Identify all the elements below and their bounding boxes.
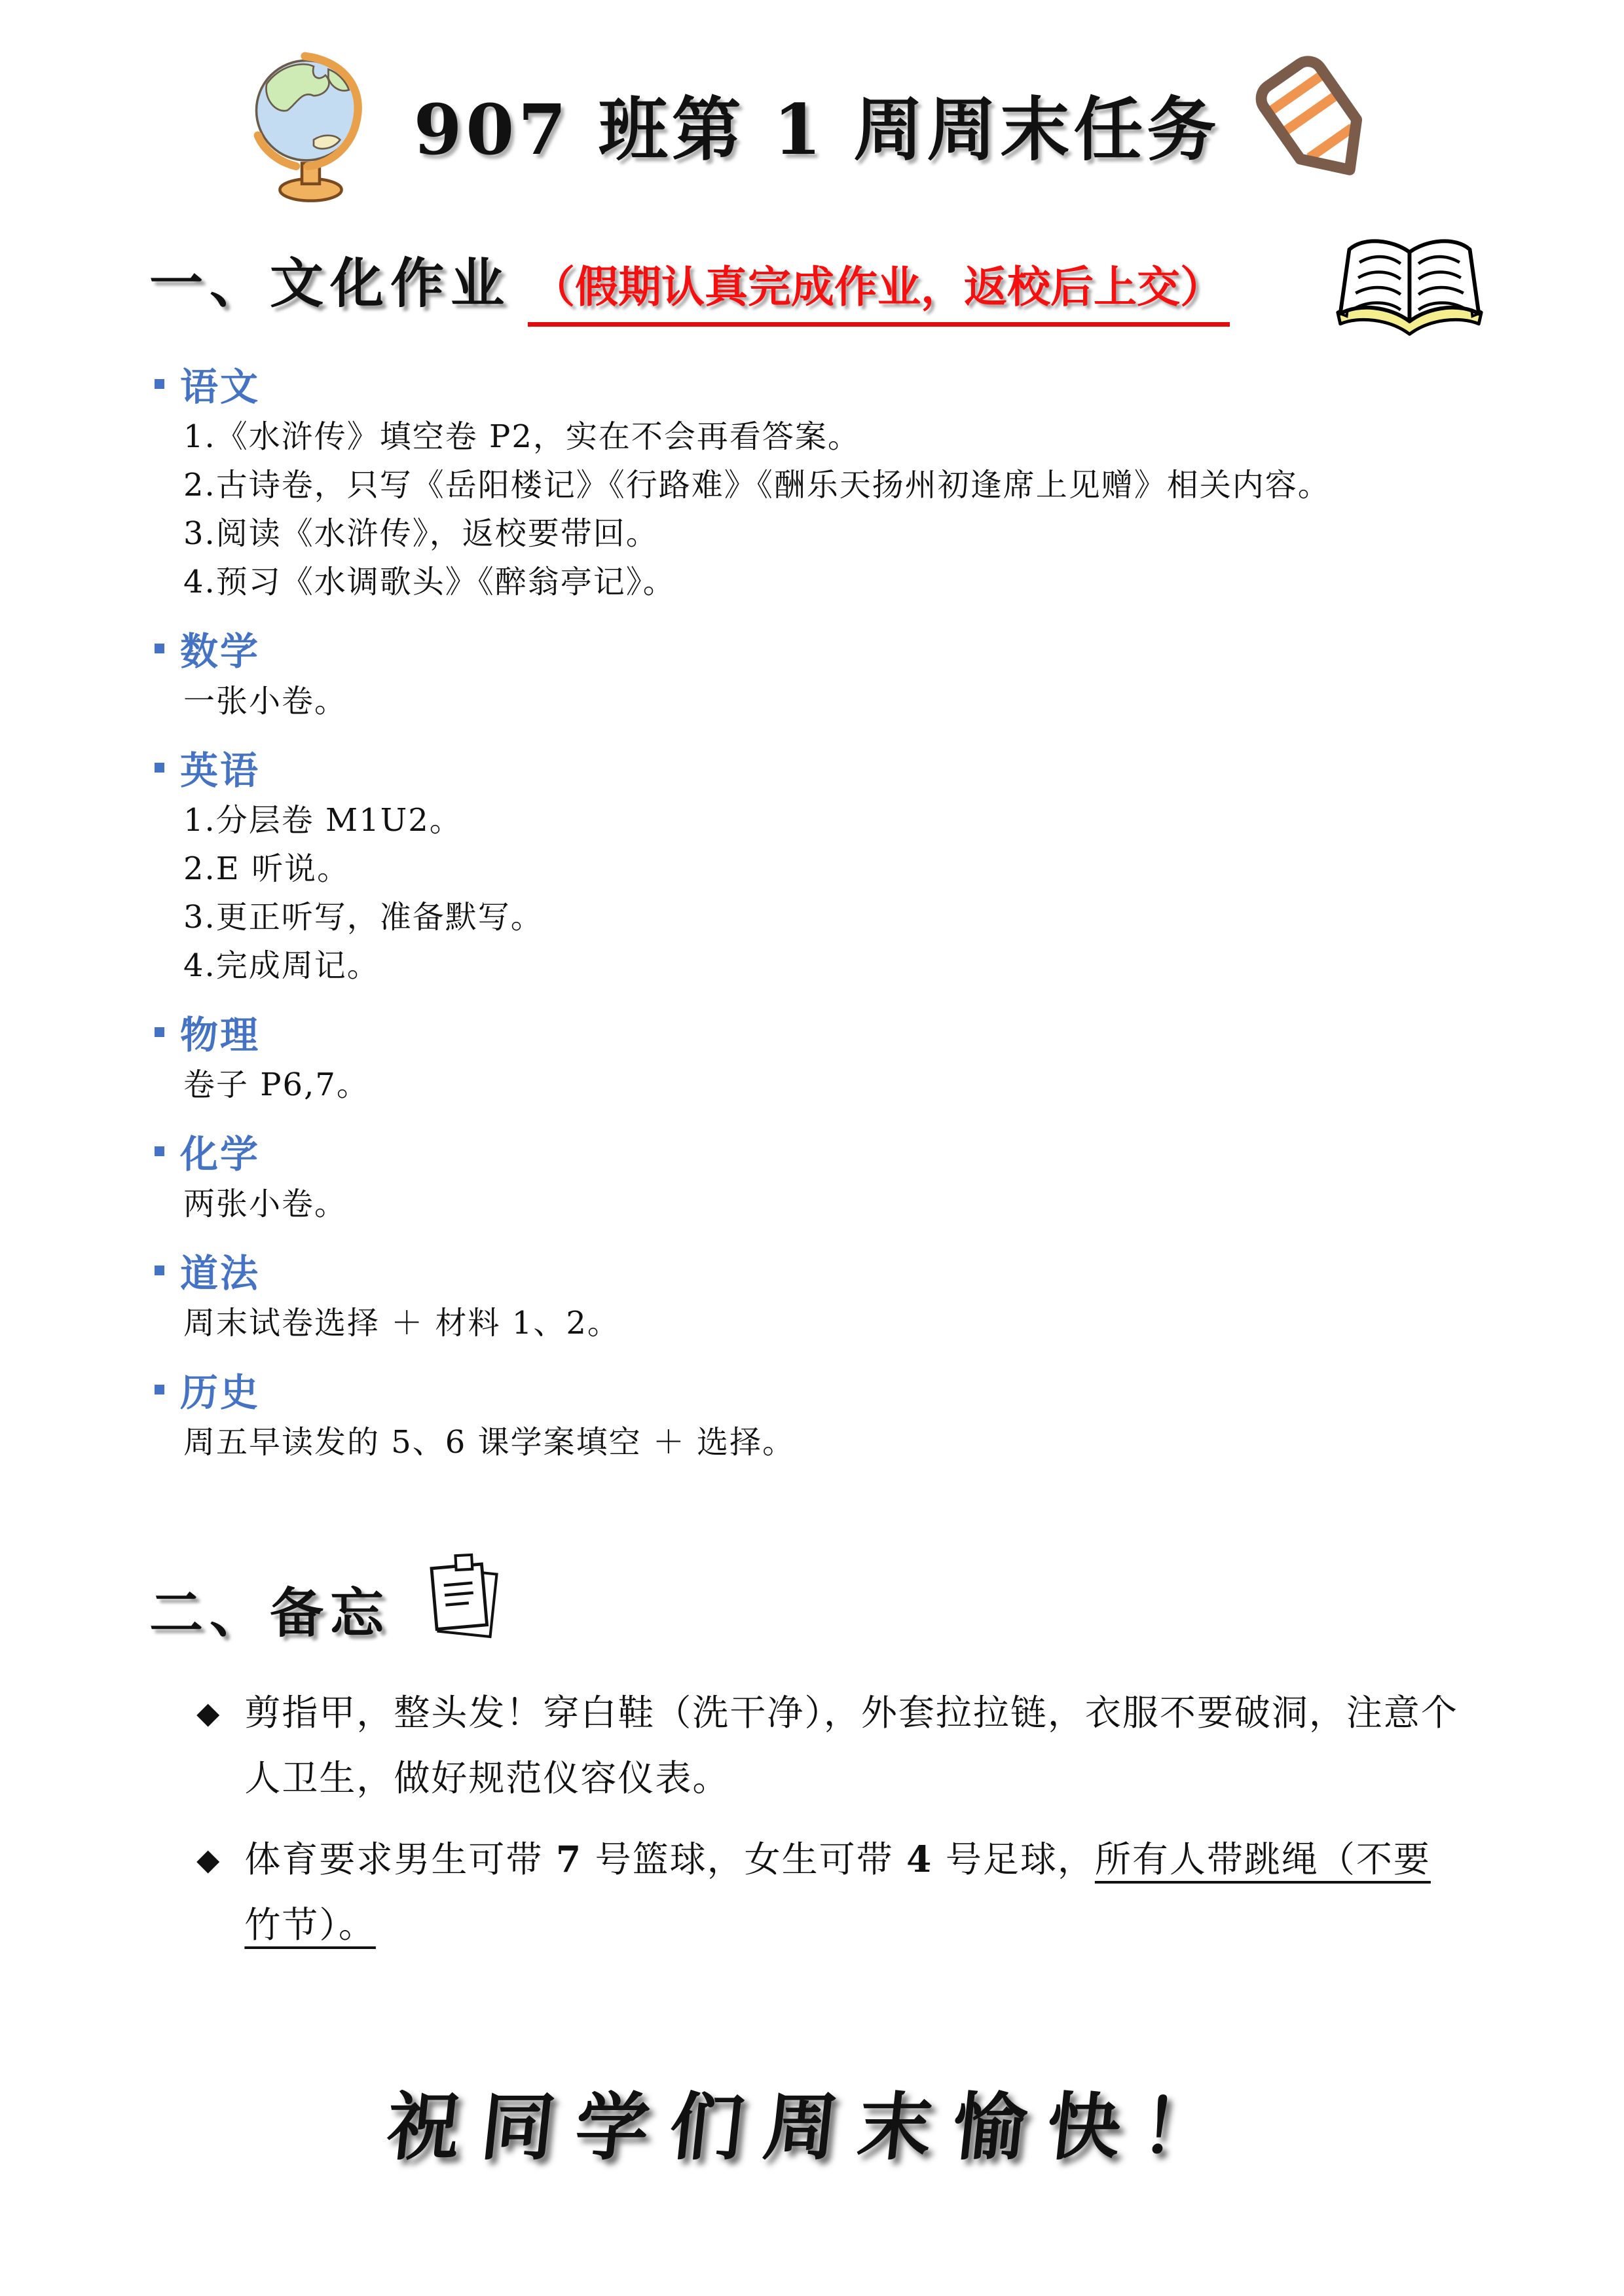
task-item: 3.阅读《水浒传》，返校要带回。: [155, 509, 1484, 558]
blue-square-bullet-icon: [155, 763, 164, 773]
blue-square-bullet-icon: [155, 1385, 164, 1394]
section1-title: 一、文化作业: [149, 241, 511, 318]
page-header: 907 班第 1 周周末任务: [0, 46, 1624, 203]
globe-icon: [237, 46, 384, 203]
subject-name: 语文: [180, 356, 260, 411]
subject-chemistry: 化学 两张小卷。: [155, 1122, 1484, 1228]
pencil-icon: [1249, 51, 1387, 198]
blue-square-bullet-icon: [155, 379, 164, 389]
subject-name: 历史: [180, 1362, 260, 1417]
subject-heading: 语文: [155, 355, 1484, 412]
task-item: 两张小卷。: [155, 1180, 1484, 1228]
memo-item: ◆ 剪指甲，整头发！穿白鞋（洗干净），外套拉拉链，衣服不要破洞，注意个人卫生，做…: [196, 1680, 1526, 1811]
task-item: 周五早读发的 5、6 课学案填空 ＋ 选择。: [155, 1418, 1484, 1467]
subject-heading: 化学: [155, 1122, 1484, 1180]
page-title: 907 班第 1 周周末任务: [414, 75, 1221, 174]
section2-heading: 备忘: [270, 1582, 390, 1645]
subject-name: 数学: [180, 621, 260, 676]
blue-square-bullet-icon: [155, 1027, 164, 1037]
blue-square-bullet-icon: [155, 644, 164, 653]
subject-heading: 道法: [155, 1241, 1484, 1299]
section1-header: 一、文化作业 （假期认真完成作业，返校后上交）: [149, 241, 1230, 327]
memo-text: 剪指甲，整头发！穿白鞋（洗干净），外套拉拉链，衣服不要破洞，注意个人卫生，做好规…: [244, 1680, 1462, 1811]
memo-list: ◆ 剪指甲，整头发！穿白鞋（洗干净），外套拉拉链，衣服不要破洞，注意个人卫生，做…: [196, 1680, 1526, 1973]
memo-number: 4: [906, 1838, 932, 1880]
memo-note-icon: [418, 1569, 508, 1649]
document-page: 907 班第 1 周周末任务 一、文化作业 （假期认真完成作业，返校后上交）: [0, 0, 1624, 2296]
task-item: 1.分层卷 M1U2。: [155, 796, 1484, 845]
memo-item: ◆ 体育要求男生可带 7 号篮球，女生可带 4 号足球，所有人带跳绳（不要竹节）…: [196, 1827, 1526, 1958]
subject-name: 物理: [180, 1004, 260, 1059]
memo-segment: 号足球，: [932, 1838, 1094, 1880]
diamond-bullet-icon: ◆: [196, 1827, 219, 1958]
task-item: 2.E 听说。: [155, 845, 1484, 893]
open-book-icon: [1333, 216, 1486, 355]
subject-math: 数学 一张小卷。: [155, 619, 1484, 725]
subject-heading: 英语: [155, 738, 1484, 796]
blue-square-bullet-icon: [155, 1266, 164, 1275]
memo-text: 体育要求男生可带 7 号篮球，女生可带 4 号足球，所有人带跳绳（不要竹节）。: [244, 1827, 1462, 1958]
section1-number: 一、: [149, 252, 270, 315]
task-list: 周五早读发的 5、6 课学案填空 ＋ 选择。: [155, 1418, 1484, 1467]
task-item: 3.更正听写，准备默写。: [155, 893, 1484, 941]
subject-name: 道法: [180, 1243, 260, 1298]
task-item: 4.完成周记。: [155, 941, 1484, 990]
task-item: 4.预习《水调歌头》《醉翁亭记》。: [155, 558, 1484, 606]
subject-english: 英语 1.分层卷 M1U2。 2.E 听说。 3.更正听写，准备默写。 4.完成…: [155, 738, 1484, 990]
section2-header: 二、备忘: [149, 1569, 508, 1649]
task-list: 1.分层卷 M1U2。 2.E 听说。 3.更正听写，准备默写。 4.完成周记。: [155, 796, 1484, 990]
blue-square-bullet-icon: [155, 1146, 164, 1156]
memo-segment: 号篮球，女生可带: [582, 1838, 906, 1880]
section1-heading: 文化作业: [270, 252, 511, 315]
task-list: 周末试卷选择 ＋ 材料 1、2。: [155, 1299, 1484, 1347]
task-item: 一张小卷。: [155, 677, 1484, 725]
subject-history: 历史 周五早读发的 5、6 课学案填空 ＋ 选择。: [155, 1360, 1484, 1467]
task-item: 1.《水浒传》填空卷 P2，实在不会再看答案。: [155, 412, 1484, 461]
subject-physics: 物理 卷子 P6,7。: [155, 1003, 1484, 1109]
task-item: 卷子 P6,7。: [155, 1061, 1484, 1109]
subject-name: 化学: [180, 1123, 260, 1178]
section2-title: 二、备忘: [149, 1571, 390, 1647]
diamond-bullet-icon: ◆: [196, 1680, 219, 1811]
task-list: 卷子 P6,7。: [155, 1061, 1484, 1109]
subject-list: 语文 1.《水浒传》填空卷 P2，实在不会再看答案。 2.古诗卷，只写《岳阳楼记…: [155, 355, 1484, 1480]
section2-number: 二、: [149, 1582, 270, 1645]
subject-heading: 历史: [155, 1360, 1484, 1418]
footer-wish: 祝同学们周末愉快！: [0, 2069, 1624, 2174]
memo-number: 7: [556, 1838, 582, 1880]
subject-chinese: 语文 1.《水浒传》填空卷 P2，实在不会再看答案。 2.古诗卷，只写《岳阳楼记…: [155, 355, 1484, 606]
subject-ethics: 道法 周末试卷选择 ＋ 材料 1、2。: [155, 1241, 1484, 1347]
task-list: 1.《水浒传》填空卷 P2，实在不会再看答案。 2.古诗卷，只写《岳阳楼记》《行…: [155, 412, 1484, 606]
task-list: 两张小卷。: [155, 1180, 1484, 1228]
task-item: 2.古诗卷，只写《岳阳楼记》《行路难》《酬乐天扬州初逢席上见赠》相关内容。: [155, 461, 1484, 509]
task-list: 一张小卷。: [155, 677, 1484, 725]
memo-segment: 体育要求男生可带: [244, 1838, 555, 1880]
section1-annotation: （假期认真完成作业，返校后上交）: [528, 252, 1230, 327]
subject-heading: 数学: [155, 619, 1484, 677]
subject-name: 英语: [180, 740, 260, 795]
subject-heading: 物理: [155, 1003, 1484, 1061]
task-item: 周末试卷选择 ＋ 材料 1、2。: [155, 1299, 1484, 1347]
